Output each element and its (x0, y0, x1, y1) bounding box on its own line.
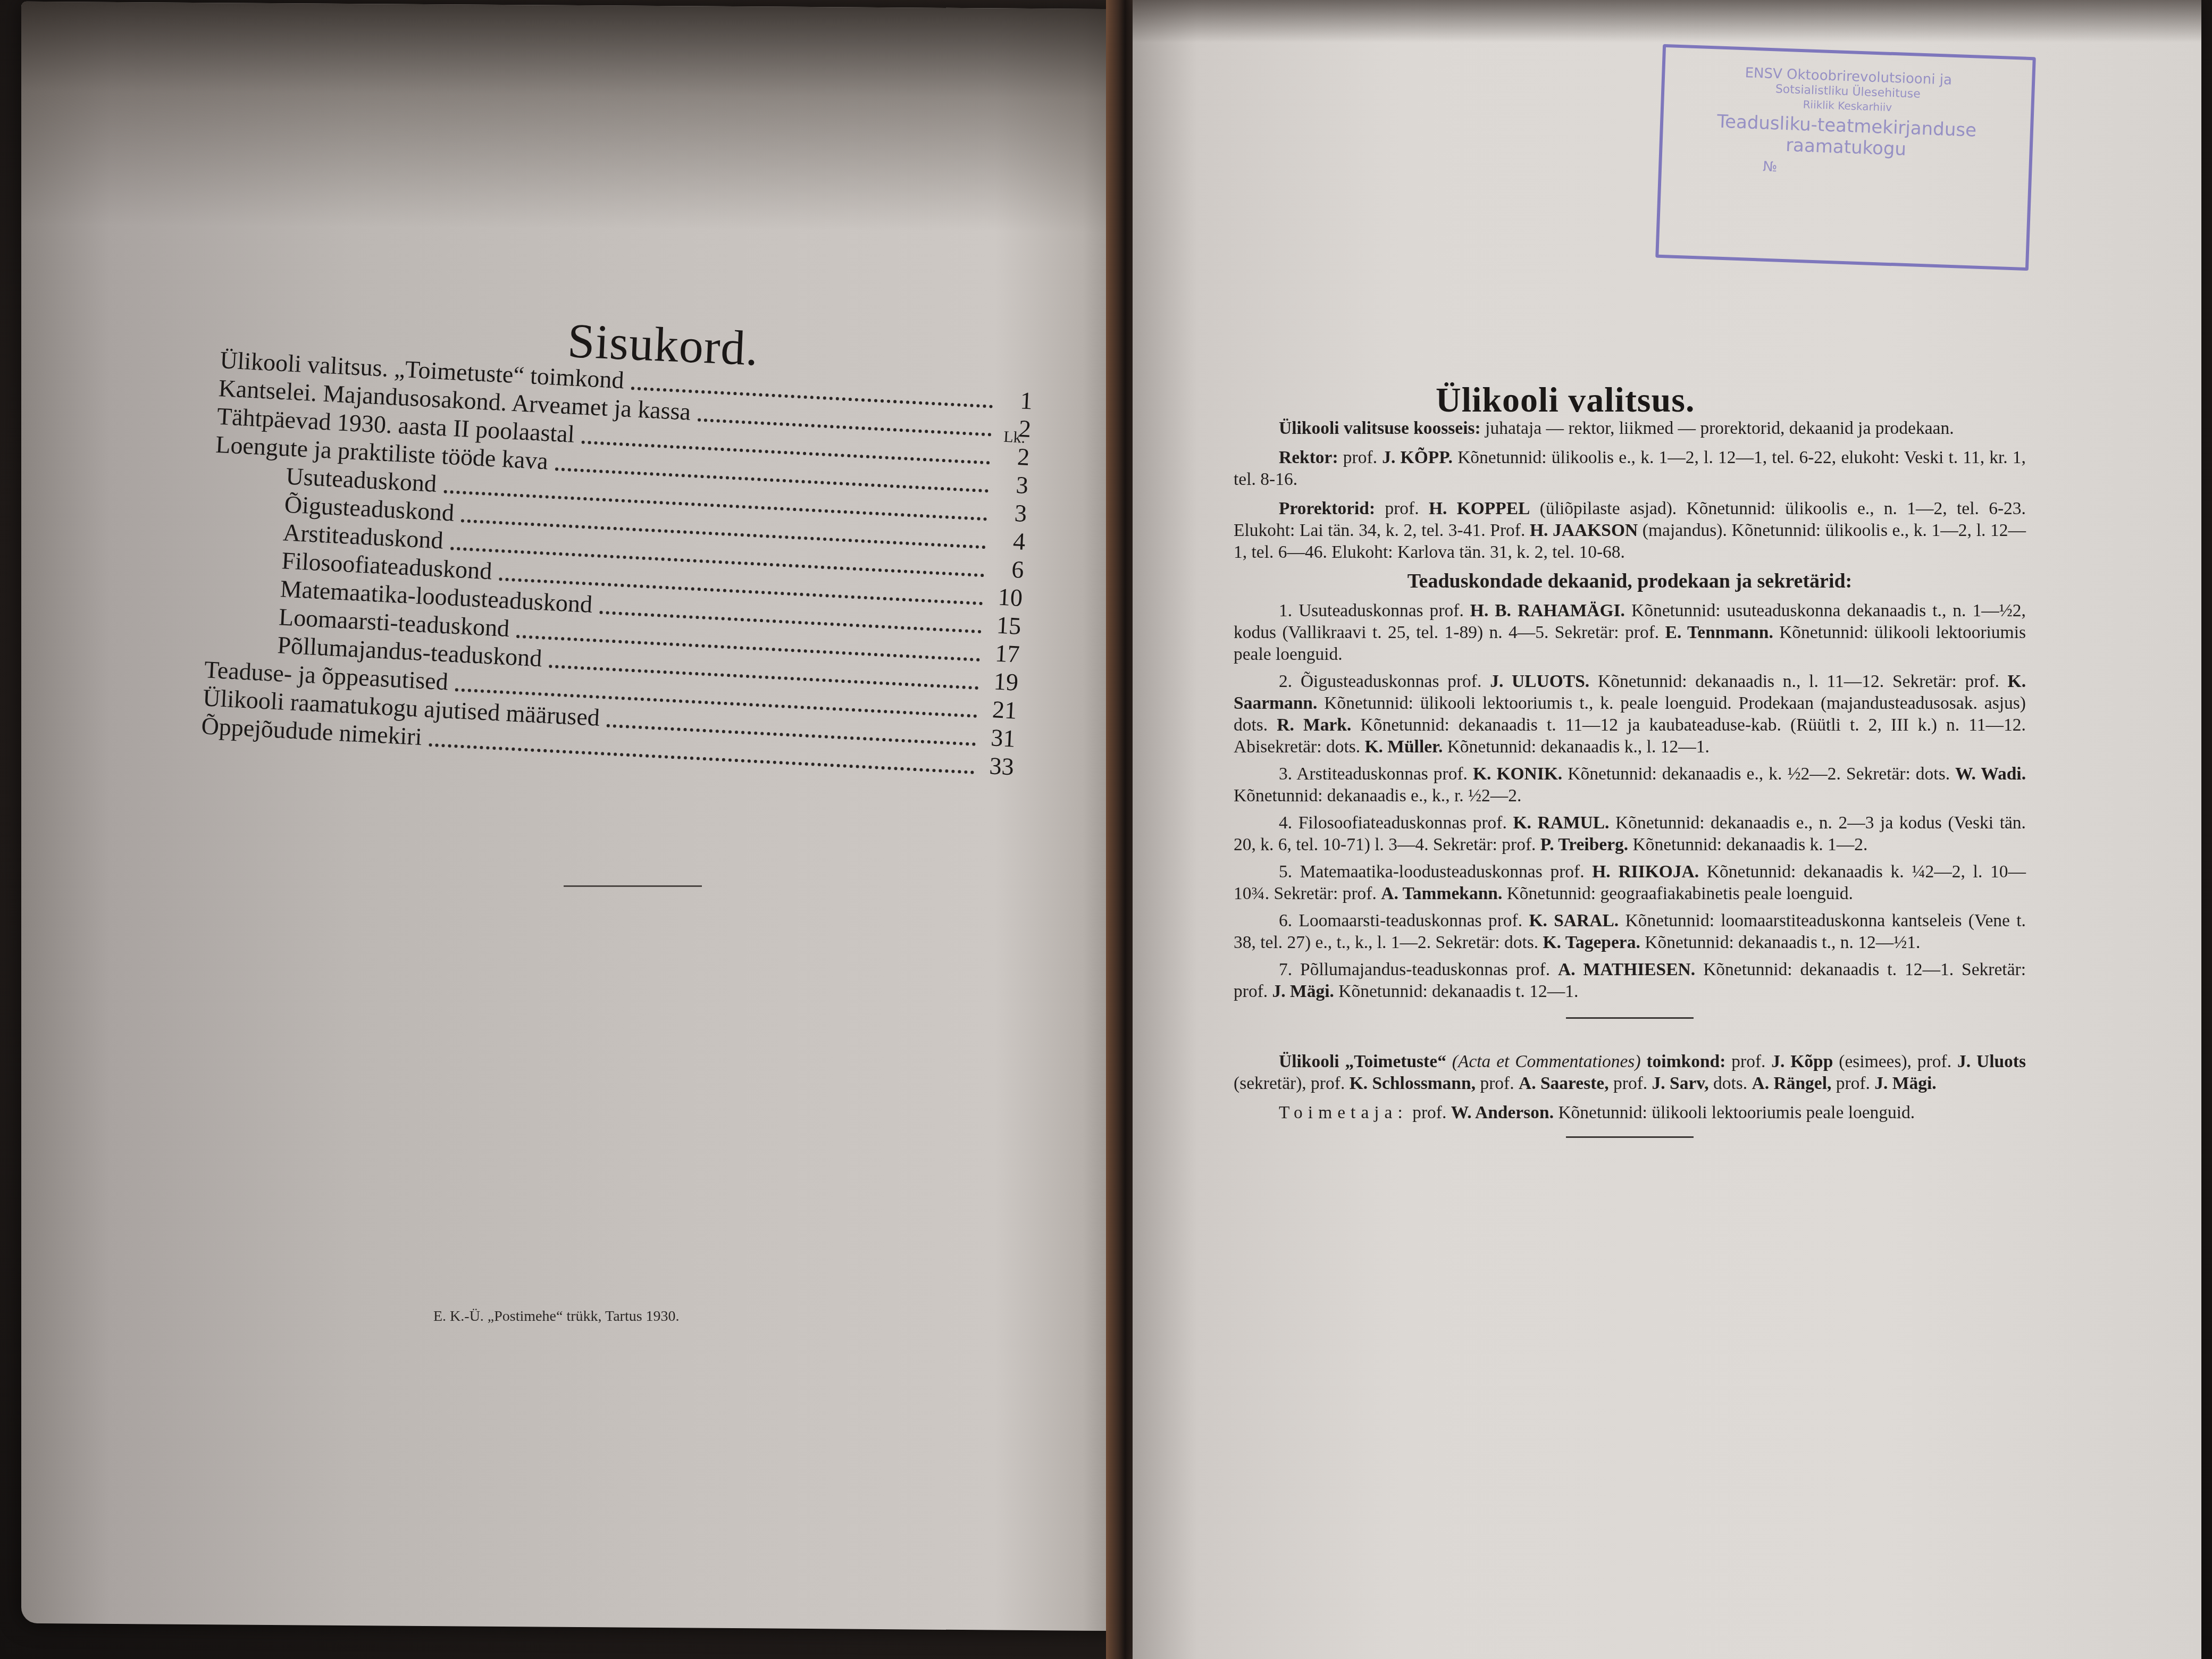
secretary-name: A. Tammekann. (1381, 884, 1502, 903)
secretary-name: W. Wadi. (1955, 764, 2026, 784)
section-divider (1566, 1017, 1694, 1019)
text: prof. (1338, 448, 1382, 467)
toc-entry-page: 15 (988, 610, 1022, 640)
text: Kõnetunnid: dekanaadis n., l. 11—12. Sek… (1589, 672, 2007, 691)
dean-number: 5. (1279, 862, 1292, 882)
text: Kõnetunnid: dekanaadis t., n. 12—½1. (1640, 933, 1921, 952)
member-name: A. Rängel, (1752, 1074, 1832, 1093)
faculty-name: Matemaatika-loodusteaduskonnas prof. (1292, 862, 1592, 882)
prorectors-label: Prorektorid: (1279, 499, 1375, 518)
dean-number: 7. (1279, 960, 1292, 979)
toc-entry-page: 19 (986, 667, 1019, 697)
prorectors-paragraph: Prorektorid: prof. H. KOPPEL (üliõpilast… (1234, 498, 2026, 563)
table-of-contents: Lk. Ülikooli valitsus. „Toimetuste“ toim… (200, 346, 1033, 781)
right-page-title: Ülikooli valitsus. (1436, 380, 1695, 421)
text: Kõnetunnid: geograafiakabinetis peale lo… (1502, 884, 1853, 903)
member-name: J. Uluots (1957, 1052, 2026, 1071)
toc-entry-page: 31 (983, 723, 1016, 753)
secretary-name: K. Tagepera. (1543, 933, 1640, 952)
member-name: A. Saareste, (1519, 1074, 1609, 1093)
editorial-board-paragraph: Ülikooli „Toimetuste“ (Acta et Commentat… (1234, 1051, 2026, 1094)
text: (sekretär), prof. (1234, 1074, 1350, 1093)
toc-entry-page: 6 (991, 554, 1025, 584)
faculty-name: Arstiteaduskonnas prof. (1292, 764, 1473, 784)
composition-text: juhataja — rektor, liikmed — prorektorid… (1481, 418, 1954, 438)
dean-number: 3. (1279, 764, 1292, 784)
member-name: J. Sarv, (1652, 1074, 1709, 1093)
editorial-label: Ülikooli „Toimetuste“ (1279, 1052, 1446, 1071)
text: Kõnetunnid: dekanaadis k., l. 12—1. (1443, 737, 1710, 757)
text: prof. (1725, 1052, 1771, 1071)
library-stamp: ENSV Oktoobrirevolutsiooni ja Sotsialist… (1655, 44, 2036, 271)
assistant-secretary-name: K. Müller. (1365, 737, 1443, 757)
composition-paragraph: Ülikooli valitsuse koosseis: juhataja — … (1234, 417, 2026, 439)
dean-entry: 6. Loomaarsti-teaduskonnas prof. K. SARA… (1234, 910, 2026, 953)
rector-label: Rektor: (1279, 448, 1338, 467)
editorial-label: toimkond: (1646, 1052, 1725, 1071)
faculty-name: Filosoofiateaduskonnas prof. (1292, 813, 1513, 833)
editor-name: W. Anderson. (1451, 1103, 1554, 1122)
text: prof. (1831, 1074, 1874, 1093)
dean-number: 2. (1279, 672, 1292, 691)
dean-entry: 4. Filosoofiateaduskonnas prof. K. RAMUL… (1234, 812, 2026, 856)
prorector-name: H. JAAKSON (1530, 521, 1638, 540)
rector-paragraph: Rektor: prof. J. KÕPP. Kõnetunnid: üliko… (1234, 447, 2026, 490)
left-page-divider (564, 885, 702, 887)
prorector-name: H. KOPPEL (1429, 499, 1530, 518)
rector-name: J. KÕPP. (1382, 448, 1453, 467)
dean-number: 6. (1279, 911, 1292, 931)
dean-entry: 5. Matemaatika-loodusteaduskonnas prof. … (1234, 861, 2026, 904)
composition-label: Ülikooli valitsuse koosseis: (1279, 418, 1481, 438)
right-page-body: Ülikooli valitsuse koosseis: juhataja — … (1234, 417, 2026, 1170)
dean-name: K. RAMUL. (1513, 813, 1609, 833)
text: Kõnetunnid: dekanaadis t. 12—1. (1334, 982, 1579, 1001)
faculty-name: Õigusteaduskonnas prof. (1292, 672, 1490, 691)
faculty-name: Usuteaduskonnas prof. (1292, 601, 1470, 621)
dean-entry: 3. Arstiteaduskonnas prof. K. KONIK. Kõn… (1234, 763, 2026, 807)
dean-entry: 2. Õigusteaduskonnas prof. J. ULUOTS. Kõ… (1234, 671, 2026, 758)
editor-paragraph: Toimetaja: prof. W. Anderson. Kõnetunnid… (1234, 1102, 2026, 1124)
prodean-name: R. Mark. (1277, 715, 1351, 735)
dean-name: H. RIIKOJA. (1592, 862, 1699, 882)
secretary-name: E. Tennmann. (1665, 623, 1773, 642)
printer-imprint: E. K.-Ü. „Postimehe“ trükk, Tartus 1930. (433, 1308, 680, 1325)
member-name: J. Mägi. (1874, 1074, 1936, 1093)
text: Kõnetunnid: dekanaadis e., k., r. ½2—2. (1234, 786, 1521, 806)
toc-entry-page: 21 (984, 695, 1018, 725)
faculty-name: Põllumajandus-teaduskonnas prof. (1292, 960, 1558, 979)
editor-text: Kõnetunnid: ülikooli lektooriumis peale … (1554, 1103, 1915, 1122)
dean-number: 1. (1279, 601, 1292, 621)
dean-name: H. B. RAHAMÄGI. (1470, 601, 1625, 621)
text: Kõnetunnid: dekanaadis k. 1—2. (1628, 835, 1867, 854)
section-divider (1566, 1136, 1694, 1138)
text: (esimees), prof. (1833, 1052, 1957, 1071)
toc-entry-page: 3 (995, 470, 1029, 499)
dean-name: K. SARAL. (1529, 911, 1619, 931)
text: prof. (1408, 1103, 1451, 1122)
dean-name: J. ULUOTS. (1490, 672, 1589, 691)
secretary-name: J. Mägi. (1272, 982, 1334, 1001)
editor-label: Toimetaja: (1279, 1103, 1408, 1122)
toc-entry-page: 1 (1000, 385, 1033, 415)
toc-entry-page: 4 (993, 526, 1026, 556)
text: prof. (1609, 1074, 1652, 1093)
page-column-label: Lk. (1003, 428, 1026, 447)
deans-heading: Teaduskondade dekaanid, prodekaan ja sek… (1234, 571, 2026, 592)
toc-entry-page: 10 (990, 582, 1024, 612)
dean-entry: 1. Usuteaduskonnas prof. H. B. RAHAMÄGI.… (1234, 600, 2026, 665)
toc-entry-page: 17 (987, 639, 1020, 668)
text: prof. (1375, 499, 1429, 518)
dean-name: K. KONIK. (1473, 764, 1562, 784)
toc-entry-page: 33 (982, 751, 1015, 781)
dean-entry: 7. Põllumajandus-teaduskonnas prof. A. M… (1234, 959, 2026, 1002)
toc-entry-page: 3 (994, 498, 1028, 527)
text: dots. (1709, 1074, 1752, 1093)
dean-name: A. MATHIESEN. (1558, 960, 1695, 979)
text: prof. (1476, 1074, 1519, 1093)
deans-list: 1. Usuteaduskonnas prof. H. B. RAHAMÄGI.… (1234, 600, 2026, 1002)
secretary-name: P. Treiberg. (1540, 835, 1628, 854)
faculty-name: Loomaarsti-teaduskonnas prof. (1292, 911, 1529, 931)
dean-number: 4. (1279, 813, 1292, 833)
text: Kõnetunnid: dekanaadis e., k. ½2—2. Sekr… (1562, 764, 1955, 784)
member-name: K. Schlossmann, (1350, 1074, 1476, 1093)
member-name: J. Kõpp (1771, 1052, 1833, 1071)
latin-title: (Acta et Commentationes) (1446, 1052, 1647, 1071)
left-page (21, 2, 1127, 1631)
